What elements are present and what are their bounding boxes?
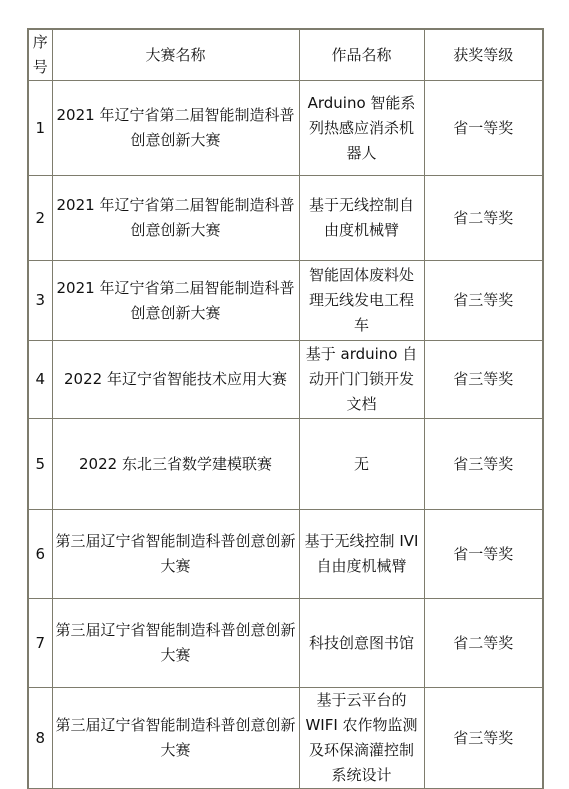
cell-competition: 第三届辽宁省智能制造科普创意创新大赛 — [52, 688, 299, 789]
cell-award: 省一等奖 — [424, 510, 543, 599]
cell-no: 2 — [28, 176, 52, 261]
table-row: 4 2022 年辽宁省智能技术应用大赛 基于 arduino 自动开门门锁开发文… — [28, 341, 543, 419]
cell-work: 基于 arduino 自动开门门锁开发文档 — [299, 341, 424, 419]
column-header-work: 作品名称 — [299, 29, 424, 81]
cell-work: 基于无线控制 IVI 自由度机械臂 — [299, 510, 424, 599]
header-row: 序号 大赛名称 作品名称 获奖等级 — [28, 29, 543, 81]
cell-work: 科技创意图书馆 — [299, 599, 424, 688]
column-header-award: 获奖等级 — [424, 29, 543, 81]
cell-award: 省三等奖 — [424, 419, 543, 510]
cell-work: 智能固体废料处理无线发电工程车 — [299, 261, 424, 341]
cell-award: 省三等奖 — [424, 341, 543, 419]
table-row: 2 2021 年辽宁省第二届智能制造科普创意创新大赛 基于无线控制自由度机械臂 … — [28, 176, 543, 261]
awards-table: 序号 大赛名称 作品名称 获奖等级 1 2021 年辽宁省第二届智能制造科普创意… — [27, 28, 544, 789]
cell-award: 省三等奖 — [424, 261, 543, 341]
table-row: 6 第三届辽宁省智能制造科普创意创新大赛 基于无线控制 IVI 自由度机械臂 省… — [28, 510, 543, 599]
cell-competition: 第三届辽宁省智能制造科普创意创新大赛 — [52, 599, 299, 688]
cell-award: 省一等奖 — [424, 81, 543, 176]
cell-work: 无 — [299, 419, 424, 510]
cell-no: 5 — [28, 419, 52, 510]
table-row: 1 2021 年辽宁省第二届智能制造科普创意创新大赛 Arduino 智能系列热… — [28, 81, 543, 176]
cell-award: 省二等奖 — [424, 176, 543, 261]
cell-work: 基于云平台的 WIFI 农作物监测及环保滴灌控制系统设计 — [299, 688, 424, 789]
cell-competition: 2022 东北三省数学建模联赛 — [52, 419, 299, 510]
cell-no: 8 — [28, 688, 52, 789]
cell-award: 省二等奖 — [424, 599, 543, 688]
table-row: 8 第三届辽宁省智能制造科普创意创新大赛 基于云平台的 WIFI 农作物监测及环… — [28, 688, 543, 789]
table-body: 1 2021 年辽宁省第二届智能制造科普创意创新大赛 Arduino 智能系列热… — [28, 81, 543, 789]
table-header: 序号 大赛名称 作品名称 获奖等级 — [28, 29, 543, 81]
document-page: 序号 大赛名称 作品名称 获奖等级 1 2021 年辽宁省第二届智能制造科普创意… — [0, 0, 569, 789]
cell-competition: 2021 年辽宁省第二届智能制造科普创意创新大赛 — [52, 176, 299, 261]
cell-work: 基于无线控制自由度机械臂 — [299, 176, 424, 261]
table-row: 3 2021 年辽宁省第二届智能制造科普创意创新大赛 智能固体废料处理无线发电工… — [28, 261, 543, 341]
column-header-no: 序号 — [28, 29, 52, 81]
cell-no: 1 — [28, 81, 52, 176]
cell-work: Arduino 智能系列热感应消杀机器人 — [299, 81, 424, 176]
cell-no: 3 — [28, 261, 52, 341]
table-row: 5 2022 东北三省数学建模联赛 无 省三等奖 — [28, 419, 543, 510]
cell-award: 省三等奖 — [424, 688, 543, 789]
cell-no: 7 — [28, 599, 52, 688]
cell-no: 4 — [28, 341, 52, 419]
cell-competition: 2022 年辽宁省智能技术应用大赛 — [52, 341, 299, 419]
column-header-competition: 大赛名称 — [52, 29, 299, 81]
cell-competition: 2021 年辽宁省第二届智能制造科普创意创新大赛 — [52, 261, 299, 341]
table-row: 7 第三届辽宁省智能制造科普创意创新大赛 科技创意图书馆 省二等奖 — [28, 599, 543, 688]
cell-competition: 第三届辽宁省智能制造科普创意创新大赛 — [52, 510, 299, 599]
cell-competition: 2021 年辽宁省第二届智能制造科普创意创新大赛 — [52, 81, 299, 176]
cell-no: 6 — [28, 510, 52, 599]
